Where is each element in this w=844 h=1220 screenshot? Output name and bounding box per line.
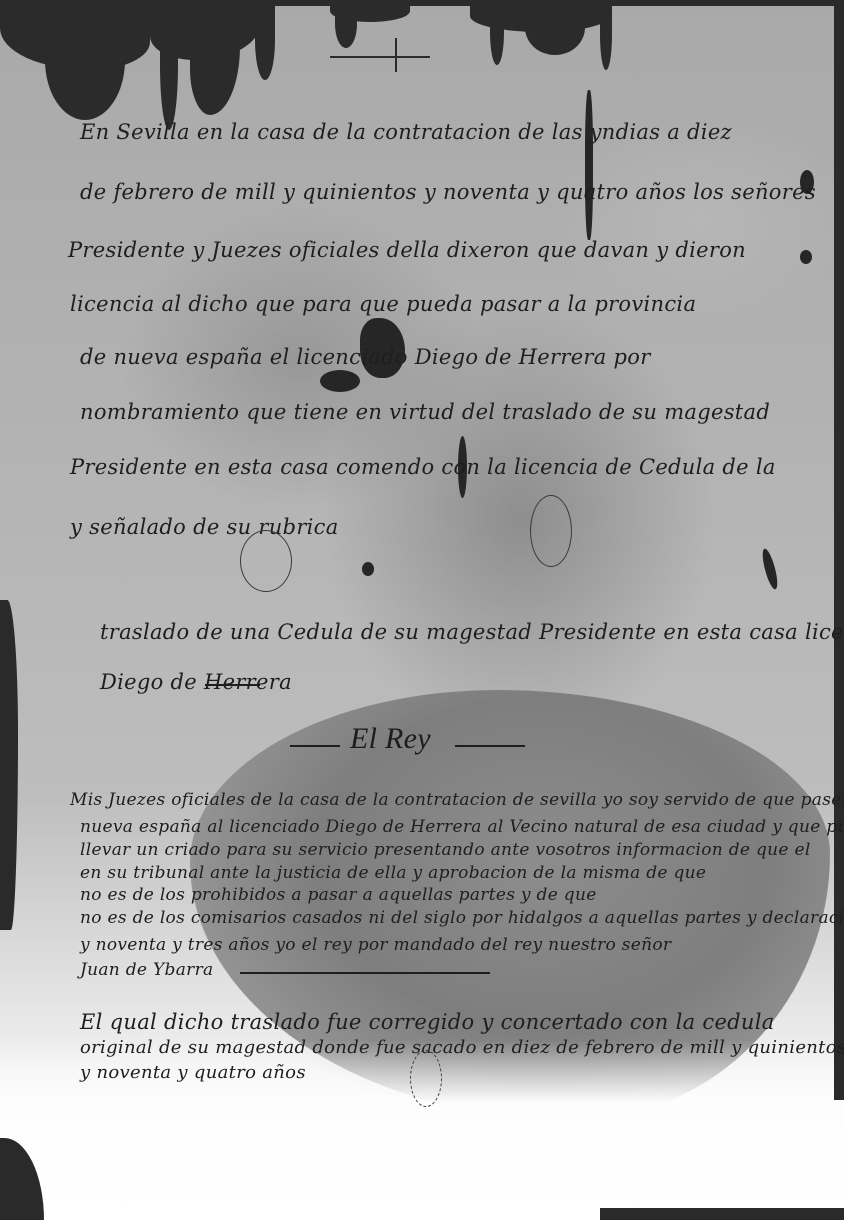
ink-blot — [600, 0, 612, 70]
ink-blot — [335, 0, 357, 48]
text-line: en su tribunal ante la justicia de ella … — [80, 863, 706, 883]
text-line: y señalado de su rubrica — [70, 515, 339, 539]
text-line: traslado de una Cedula de su magestad Pr… — [100, 620, 844, 644]
ink-blot — [760, 547, 781, 590]
page-edge — [600, 1208, 844, 1220]
heading-el-rey: El Rey — [350, 722, 431, 756]
text-line: y noventa y quatro años — [80, 1062, 306, 1083]
text-line: En Sevilla en la casa de la contratacion… — [80, 120, 732, 144]
ink-blot — [585, 90, 593, 240]
ink-blot — [490, 0, 504, 65]
signature-rubric — [530, 495, 572, 567]
ink-blot — [45, 0, 125, 120]
manuscript-page: En Sevilla en la casa de la contratacion… — [0, 0, 844, 1220]
ink-blot — [0, 0, 844, 6]
ink-blot — [800, 250, 812, 264]
text-line: nueva españa al licenciado Diego de Herr… — [80, 817, 844, 837]
text-line: de febrero de mill y quinientos y novent… — [80, 180, 816, 204]
ink-blot — [190, 0, 240, 115]
text-line: licencia al dicho que para que pueda pas… — [70, 292, 696, 316]
ink-blot — [362, 562, 374, 576]
signature-rubric — [240, 530, 292, 592]
heading-flourish — [455, 745, 525, 747]
text-line: Presidente y Juezes oficiales della dixe… — [68, 238, 746, 262]
cross-mark — [395, 38, 397, 72]
text-line: Diego de Herrera — [100, 670, 292, 694]
line-flourish — [240, 972, 490, 974]
line-flourish — [205, 684, 260, 686]
notary-sign — [410, 1050, 442, 1107]
ink-blot — [255, 0, 275, 80]
text-line: Mis Juezes oficiales de la casa de la co… — [70, 790, 844, 810]
torn-edge — [0, 600, 18, 930]
text-line: llevar un criado para su servicio presen… — [80, 840, 811, 860]
page-edge — [834, 0, 844, 1100]
ink-blot — [320, 370, 360, 392]
text-line: no es de los comisarios casados ni del s… — [80, 908, 844, 928]
text-line: Presidente en esta casa comendo con la l… — [70, 455, 776, 479]
text-line: no es de los prohibidos a pasar a aquell… — [80, 885, 597, 905]
text-line: de nueva españa el licenciado Diego de H… — [80, 345, 651, 369]
text-line: Juan de Ybarra — [80, 960, 213, 980]
text-line: y noventa y tres años yo el rey por mand… — [80, 935, 671, 955]
text-line: nombramiento que tiene en virtud del tra… — [80, 400, 770, 424]
text-line: original de su magestad donde fue sacado… — [80, 1037, 844, 1058]
heading-flourish — [290, 745, 340, 747]
ink-blot — [525, 0, 585, 55]
ink-blot — [160, 0, 178, 130]
text-line: El qual dicho traslado fue corregido y c… — [80, 1010, 775, 1034]
cross-mark — [330, 56, 430, 58]
